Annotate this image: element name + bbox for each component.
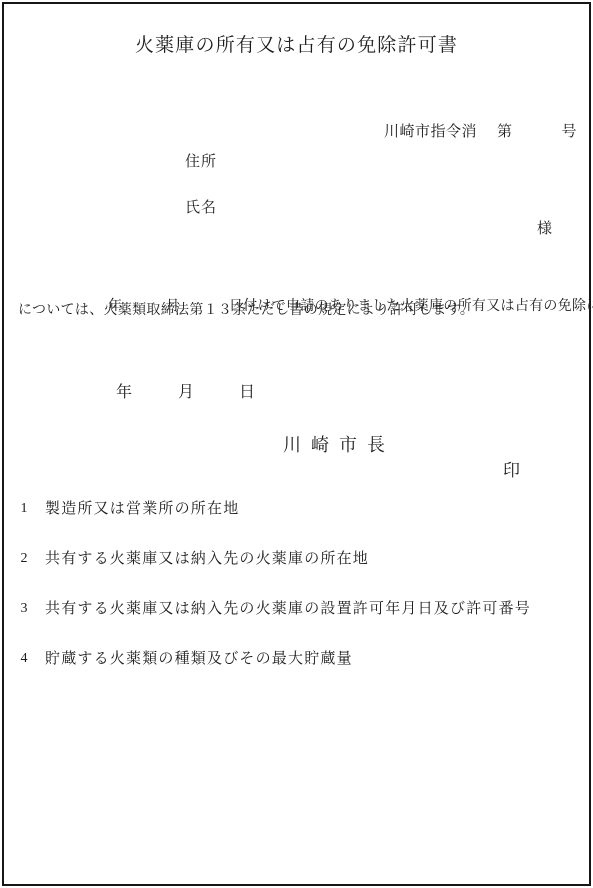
list-item-4-text: 貯蔵する火薬類の種類及びその最大貯蔵量: [45, 648, 353, 670]
document-title: 火薬庫の所有又は占有の免除許可書: [0, 33, 593, 59]
list-item-4-number: 4: [16, 648, 32, 670]
list-item-3-text: 共有する火薬庫又は納入先の火薬庫の設置許可年月日及び許可番号: [45, 598, 531, 620]
reference-issuer: 川崎市指令消: [384, 124, 477, 140]
address-label: 住所: [185, 152, 217, 173]
list-item-4: 4 貯蔵する火薬類の種類及びその最大貯蔵量: [0, 648, 593, 670]
list-item-1: 1 製造所又は営業所の所在地: [0, 498, 593, 520]
reference-number-prefix: 第: [497, 124, 513, 140]
permit-document-page: 火薬庫の所有又は占有の免除許可書 川崎市指令消第号 住所 氏名 様 年月日付けで…: [0, 0, 593, 888]
name-label: 氏名: [185, 198, 217, 219]
reference-number-line: 川崎市指令消第号: [367, 99, 577, 165]
list-item-2-number: 2: [16, 548, 32, 570]
signature-line: 川崎市長 印: [0, 408, 593, 433]
date-year-blank: 年: [116, 384, 132, 401]
list-item-2-text: 共有する火薬庫又は納入先の火薬庫の所在地: [45, 548, 369, 570]
list-item-1-text: 製造所又は営業所の所在地: [45, 498, 239, 520]
list-item-2: 2 共有する火薬庫又は納入先の火薬庫の所在地: [0, 548, 593, 570]
body-paragraph-line2: については、火薬類取締法第１３条ただし書の規定により許可します。: [18, 301, 474, 321]
honorific-sama: 様: [537, 219, 553, 240]
mayor-title: 川崎市長: [283, 433, 395, 458]
list-item-3: 3 共有する火薬庫又は納入先の火薬庫の設置許可年月日及び許可番号: [0, 598, 593, 620]
reference-number-suffix: 号: [562, 124, 578, 140]
seal-mark: 印: [503, 458, 520, 483]
list-item-3-number: 3: [16, 598, 32, 620]
name-line: 氏名 様: [0, 177, 593, 198]
list-item-1-number: 1: [16, 498, 32, 520]
date-day-blank: 日: [239, 384, 255, 401]
date-month-blank: 月: [178, 384, 194, 401]
